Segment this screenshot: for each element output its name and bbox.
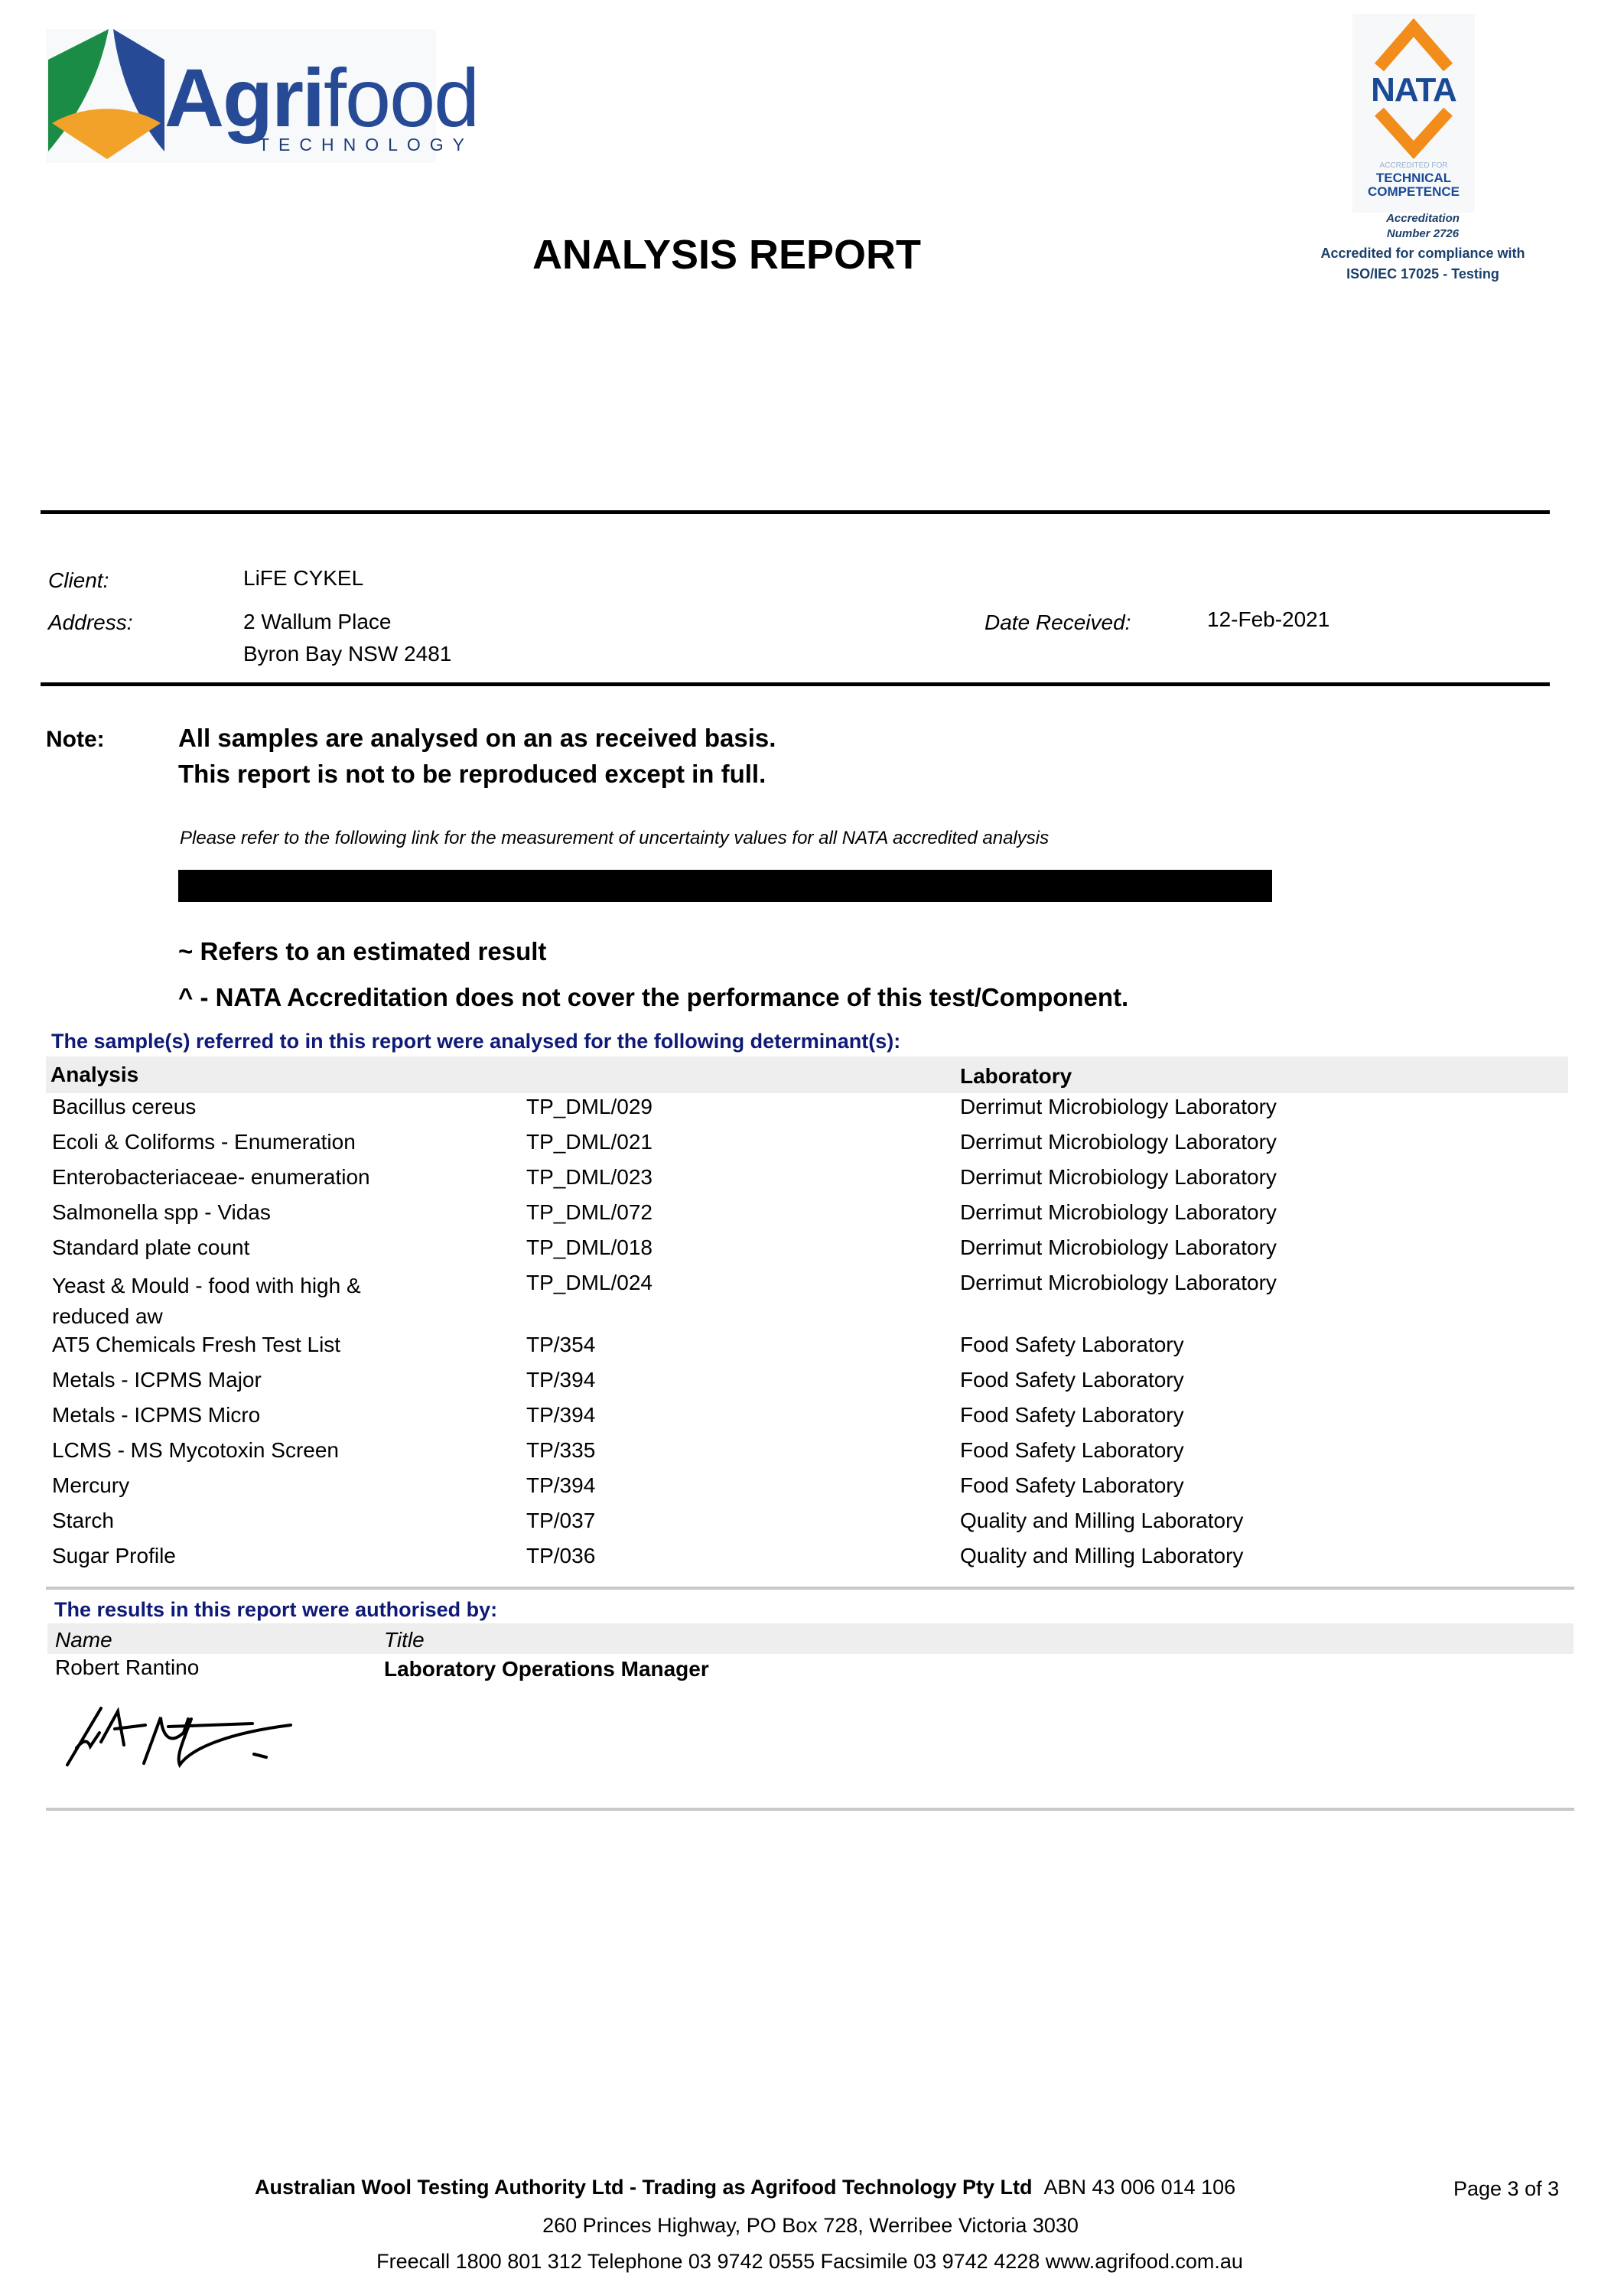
uncertainty-link-note: Please refer to the following link for t… [180,828,1049,849]
table-row: Metals - ICPMS MajorTP/394Food Safety La… [0,1368,1624,1401]
laboratory-cell: Derrimut Microbiology Laboratory [960,1271,1277,1295]
footer-address: 260 Princes Highway, PO Box 728, Werribe… [0,2214,1622,2238]
table-row: Salmonella spp - VidasTP_DML/072Derrimut… [0,1200,1624,1234]
method-cell: TP_DML/024 [526,1271,653,1295]
table-row: Enterobacteriaceae- enumerationTP_DML/02… [0,1165,1624,1199]
footer-contact: Freecall 1800 801 312 Telephone 03 9742 … [0,2250,1622,2274]
table-row: AT5 Chemicals Fresh Test ListTP/354Food … [0,1333,1624,1366]
analysis-cell: Enterobacteriaceae- enumeration [52,1165,370,1190]
laboratory-cell: Derrimut Microbiology Laboratory [960,1165,1277,1190]
address-line2: Byron Bay NSW 2481 [243,642,451,666]
analysis-cell: Sugar Profile [52,1544,176,1568]
method-cell: TP_DML/018 [526,1235,653,1260]
report-title: ANALYSIS REPORT [0,231,1453,278]
analysis-cell: LCMS - MS Mycotoxin Screen [52,1438,339,1463]
table-row: Sugar ProfileTP/036Quality and Milling L… [0,1544,1624,1577]
date-received-label: Date Received: [984,610,1131,635]
authoriser-name: Robert Rantino [55,1655,199,1680]
analysis-cell: Ecoli & Coliforms - Enumeration [52,1130,356,1154]
table-row: Ecoli & Coliforms - EnumerationTP_DML/02… [0,1130,1624,1164]
column-laboratory: Laboratory [960,1064,1072,1089]
client-label: Client: [48,568,109,593]
divider [46,1808,1574,1811]
laboratory-cell: Food Safety Laboratory [960,1368,1184,1392]
determinants-heading: The sample(s) referred to in this report… [51,1030,900,1053]
address-label: Address: [48,610,133,635]
date-received-value: 12-Feb-2021 [1207,607,1329,632]
column-analysis: Analysis [50,1063,138,1087]
method-cell: TP_DML/021 [526,1130,653,1154]
laboratory-cell: Food Safety Laboratory [960,1403,1184,1427]
method-cell: TP/394 [526,1403,595,1427]
analysis-cell: Mercury [52,1473,129,1498]
signature-image [54,1702,321,1771]
method-cell: TP_DML/029 [526,1095,653,1119]
nata-disclaimer: ^ - NATA Accreditation does not cover th… [178,983,1128,1012]
analysis-cell: Metals - ICPMS Micro [52,1403,260,1427]
auth-table-header: Name Title [47,1623,1574,1654]
method-cell: TP_DML/023 [526,1165,653,1190]
redacted-link [178,870,1272,902]
analysis-cell: Starch [52,1509,114,1533]
address-line1: 2 Wallum Place [243,610,391,634]
laboratory-cell: Derrimut Microbiology Laboratory [960,1200,1277,1225]
divider [41,682,1550,686]
analysis-cell: Yeast & Mould - food with high & reduced… [52,1271,434,1332]
method-cell: TP/036 [526,1544,595,1568]
page-number: Page 3 of 3 [1453,2177,1559,2201]
column-name: Name [55,1628,112,1652]
method-cell: TP/335 [526,1438,595,1463]
logo-wordmark: Agrifood [164,57,478,139]
nata-logo: NATA ACCREDITED FOR TECHNICALCOMPETENCE [1352,14,1475,213]
divider [46,1587,1574,1590]
laboratory-cell: Quality and Milling Laboratory [960,1544,1243,1568]
authorisation-heading: The results in this report were authoris… [54,1598,497,1622]
laboratory-cell: Derrimut Microbiology Laboratory [960,1130,1277,1154]
table-row: StarchTP/037Quality and Milling Laborato… [0,1509,1624,1542]
method-cell: TP/037 [526,1509,595,1533]
laboratory-cell: Derrimut Microbiology Laboratory [960,1235,1277,1260]
note-line-2: This report is not to be reproduced exce… [178,760,766,789]
analysis-cell: Bacillus cereus [52,1095,196,1119]
estimated-legend: ~ Refers to an estimated result [178,937,546,966]
divider [41,510,1550,514]
analysis-cell: Metals - ICPMS Major [52,1368,262,1392]
analysis-cell: Salmonella spp - Vidas [52,1200,271,1225]
laboratory-cell: Quality and Milling Laboratory [960,1509,1243,1533]
analysis-cell: Standard plate count [52,1235,249,1260]
logo-subtitle: TECHNOLOGY [259,135,474,155]
table-row: MercuryTP/394Food Safety Laboratory [0,1473,1624,1507]
table-row: Bacillus cereusTP_DML/029Derrimut Microb… [0,1095,1624,1128]
note-line-1: All samples are analysed on an as receiv… [178,724,776,753]
laboratory-cell: Food Safety Laboratory [960,1473,1184,1498]
method-cell: TP_DML/072 [526,1200,653,1225]
laboratory-cell: Food Safety Laboratory [960,1333,1184,1357]
column-title: Title [384,1628,425,1652]
analysis-cell: AT5 Chemicals Fresh Test List [52,1333,340,1357]
table-row: Standard plate countTP_DML/018Derrimut M… [0,1235,1624,1269]
note-label: Note: [46,727,105,753]
table-row: LCMS - MS Mycotoxin ScreenTP/335Food Saf… [0,1438,1624,1472]
method-cell: TP/394 [526,1368,595,1392]
agrifood-emblem-icon [46,29,176,163]
method-cell: TP/354 [526,1333,595,1357]
table-header: Analysis Laboratory [46,1056,1568,1093]
client-value: LiFE CYKEL [243,566,363,591]
table-row: Metals - ICPMS MicroTP/394Food Safety La… [0,1403,1624,1437]
laboratory-cell: Food Safety Laboratory [960,1438,1184,1463]
laboratory-cell: Derrimut Microbiology Laboratory [960,1095,1277,1119]
method-cell: TP/394 [526,1473,595,1498]
agrifood-logo: Agrifood TECHNOLOGY [46,29,436,163]
authoriser-title: Laboratory Operations Manager [384,1657,709,1681]
table-row: Yeast & Mould - food with high & reduced… [0,1271,1624,1304]
